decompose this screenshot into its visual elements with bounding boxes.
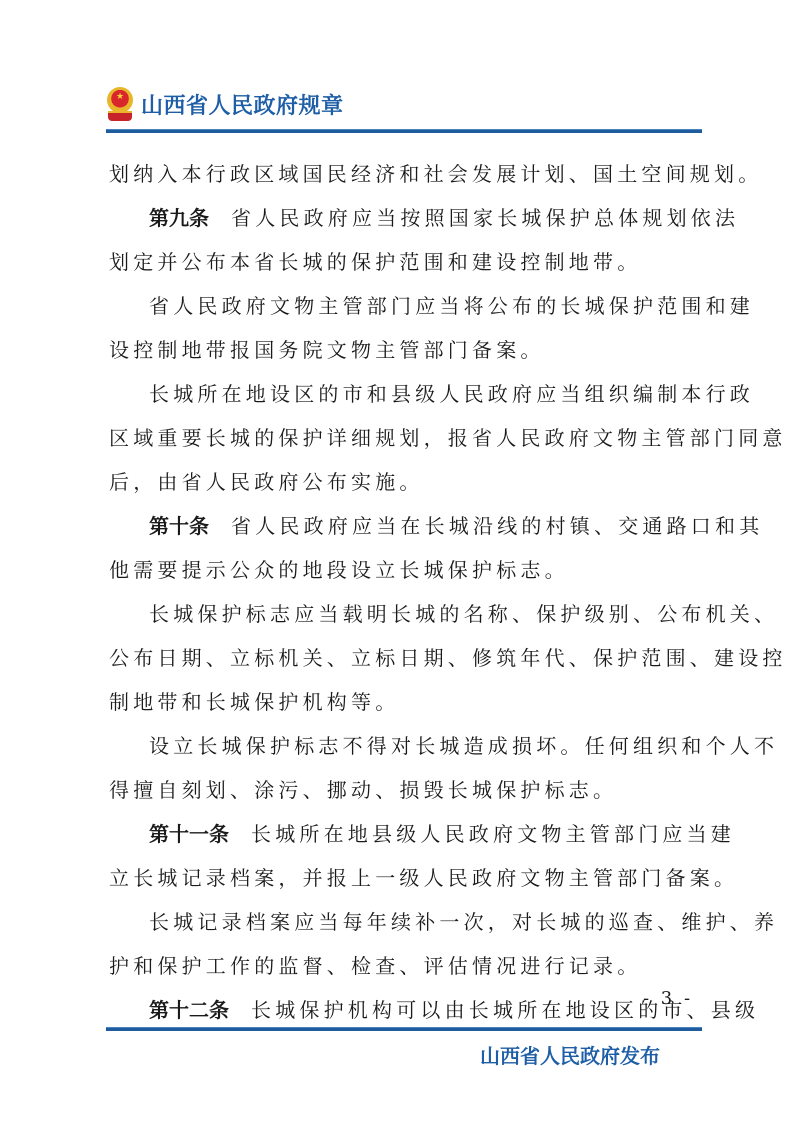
line-text: 长城所在地设区的市和县级人民政府应当组织编制本行政	[149, 382, 754, 406]
header-divider	[106, 129, 702, 133]
page-header: ★ 山西省人民政府规章	[105, 84, 344, 124]
text-line: 长城记录档案应当每年续补一次，对长城的巡查、维护、养	[109, 903, 701, 947]
text-line: 第十条省人民政府应当在长城沿线的村镇、交通路口和其	[109, 507, 701, 551]
article-number: 第十条	[149, 514, 209, 538]
text-line: 他需要提示公众的地段设立长城保护标志。	[109, 551, 701, 595]
line-text: 制地带和长城保护机构等。	[109, 690, 399, 714]
footer-publisher: 山西省人民政府发布	[480, 1040, 660, 1069]
text-line: 第九条省人民政府应当按照国家长城保护总体规划依法	[109, 199, 701, 243]
line-text: 后，由省人民政府公布实施。	[109, 470, 424, 494]
line-text: 省人民政府应当按照国家长城保护总体规划依法	[231, 206, 739, 230]
article-number: 第九条	[149, 206, 209, 230]
line-text: 划纳入本行政区域国民经济和社会发展计划、国土空间规划。	[109, 162, 762, 186]
line-text: 省人民政府文物主管部门应当将公布的长城保护范围和建	[149, 294, 754, 318]
header-title: 山西省人民政府规章	[141, 89, 344, 120]
text-line: 护和保护工作的监督、检查、评估情况进行记录。	[109, 947, 701, 991]
text-line: 长城所在地设区的市和县级人民政府应当组织编制本行政	[109, 375, 701, 419]
line-text: 区域重要长城的保护详细规划，报省人民政府文物主管部门同意	[109, 426, 787, 450]
text-line: 区域重要长城的保护详细规划，报省人民政府文物主管部门同意	[109, 419, 701, 463]
line-text: 立长城记录档案，并报上一级人民政府文物主管部门备案。	[109, 866, 738, 890]
document-body: 划纳入本行政区域国民经济和社会发展计划、国土空间规划。第九条省人民政府应当按照国…	[109, 155, 701, 1035]
line-text: 他需要提示公众的地段设立长城保护标志。	[109, 558, 569, 582]
article-number: 第十二条	[149, 998, 229, 1022]
footer-divider	[106, 1027, 702, 1031]
line-text: 设立长城保护标志不得对长城造成损坏。任何组织和个人不	[149, 734, 778, 758]
national-emblem-icon: ★	[105, 87, 135, 121]
text-line: 后，由省人民政府公布实施。	[109, 463, 701, 507]
line-text: 设控制地带报国务院文物主管部门备案。	[109, 338, 545, 362]
text-line: 划定并公布本省长城的保护范围和建设控制地带。	[109, 243, 701, 287]
line-text: 长城保护标志应当载明长城的名称、保护级别、公布机关、	[149, 602, 778, 626]
text-line: 立长城记录档案，并报上一级人民政府文物主管部门备案。	[109, 859, 701, 903]
text-line: 制地带和长城保护机构等。	[109, 683, 701, 727]
line-text: 得擅自刻划、涂污、挪动、损毁长城保护标志。	[109, 778, 617, 802]
text-line: 得擅自刻划、涂污、挪动、损毁长城保护标志。	[109, 771, 701, 815]
text-line: 划纳入本行政区域国民经济和社会发展计划、国土空间规划。	[109, 155, 701, 199]
article-number: 第十一条	[149, 822, 229, 846]
line-text: 划定并公布本省长城的保护范围和建设控制地带。	[109, 250, 641, 274]
line-text: 省人民政府应当在长城沿线的村镇、交通路口和其	[231, 514, 763, 538]
text-line: 设控制地带报国务院文物主管部门备案。	[109, 331, 701, 375]
text-line: 长城保护标志应当载明长城的名称、保护级别、公布机关、	[109, 595, 701, 639]
line-text: 公布日期、立标机关、立标日期、修筑年代、保护范围、建设控	[109, 646, 787, 670]
text-line: 设立长城保护标志不得对长城造成损坏。任何组织和个人不	[109, 727, 701, 771]
text-line: 省人民政府文物主管部门应当将公布的长城保护范围和建	[109, 287, 701, 331]
line-text: 长城所在地县级人民政府文物主管部门应当建	[251, 822, 735, 846]
text-line: 公布日期、立标机关、立标日期、修筑年代、保护范围、建设控	[109, 639, 701, 683]
text-line: 第十一条长城所在地县级人民政府文物主管部门应当建	[109, 815, 701, 859]
line-text: 护和保护工作的监督、检查、评估情况进行记录。	[109, 954, 641, 978]
line-text: 长城记录档案应当每年续补一次，对长城的巡查、维护、养	[149, 910, 778, 934]
page-number: - 3 -	[643, 988, 693, 1009]
